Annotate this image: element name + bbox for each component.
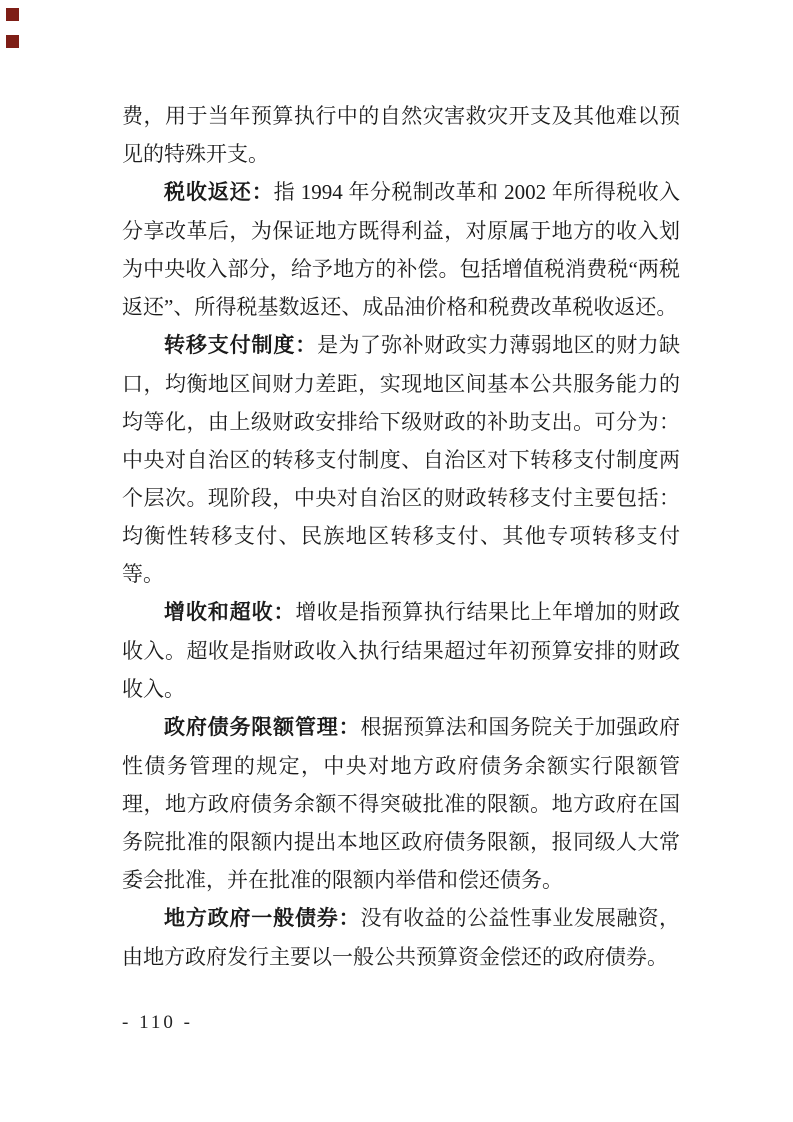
paragraph: 政府债务限额管理：根据预算法和国务院关于加强政府性债务管理的规定，中央对地方政府…: [122, 708, 680, 899]
document-body: 费，用于当年预算执行中的自然灾害救灾开支及其他难以预见的特殊开支。 税收返还：指…: [122, 97, 680, 976]
page-number: - 110 -: [122, 1012, 193, 1034]
paragraph: 地方政府一般债券：没有收益的公益性事业发展融资，由地方政府发行主要以一般公共预算…: [122, 899, 680, 976]
paragraph-text: 根据预算法和国务院关于加强政府性债务管理的规定，中央对地方政府债务余额实行限额管…: [122, 715, 680, 892]
paragraph: 增收和超收：增收是指预算执行结果比上年增加的财政收入。超收是指财政收入执行结果超…: [122, 593, 680, 708]
paragraph: 税收返还：指 1994 年分税制改革和 2002 年所得税收入分享改革后，为保证…: [122, 173, 680, 326]
paragraph-text: 费，用于当年预算执行中的自然灾害救灾开支及其他难以预见的特殊开支。: [122, 104, 680, 166]
term-label: 地方政府一般债券：: [164, 907, 360, 930]
paragraph: 转移支付制度：是为了弥补财政实力薄弱地区的财力缺口，均衡地区间财力差距，实现地区…: [122, 326, 680, 593]
term-label: 税收返还：: [164, 181, 274, 204]
term-label: 增收和超收：: [164, 601, 295, 624]
paragraph-text: 是为了弥补财政实力薄弱地区的财力缺口，均衡地区间财力差距，实现地区间基本公共服务…: [122, 333, 680, 586]
red-seal-mark-icon: [6, 35, 19, 48]
term-label: 转移支付制度：: [164, 334, 317, 357]
document-page: 费，用于当年预算执行中的自然灾害救灾开支及其他难以预见的特殊开支。 税收返还：指…: [0, 0, 793, 1122]
red-seal-mark-icon: [6, 8, 19, 21]
term-label: 政府债务限额管理：: [164, 716, 360, 739]
paragraph: 费，用于当年预算执行中的自然灾害救灾开支及其他难以预见的特殊开支。: [122, 97, 680, 173]
